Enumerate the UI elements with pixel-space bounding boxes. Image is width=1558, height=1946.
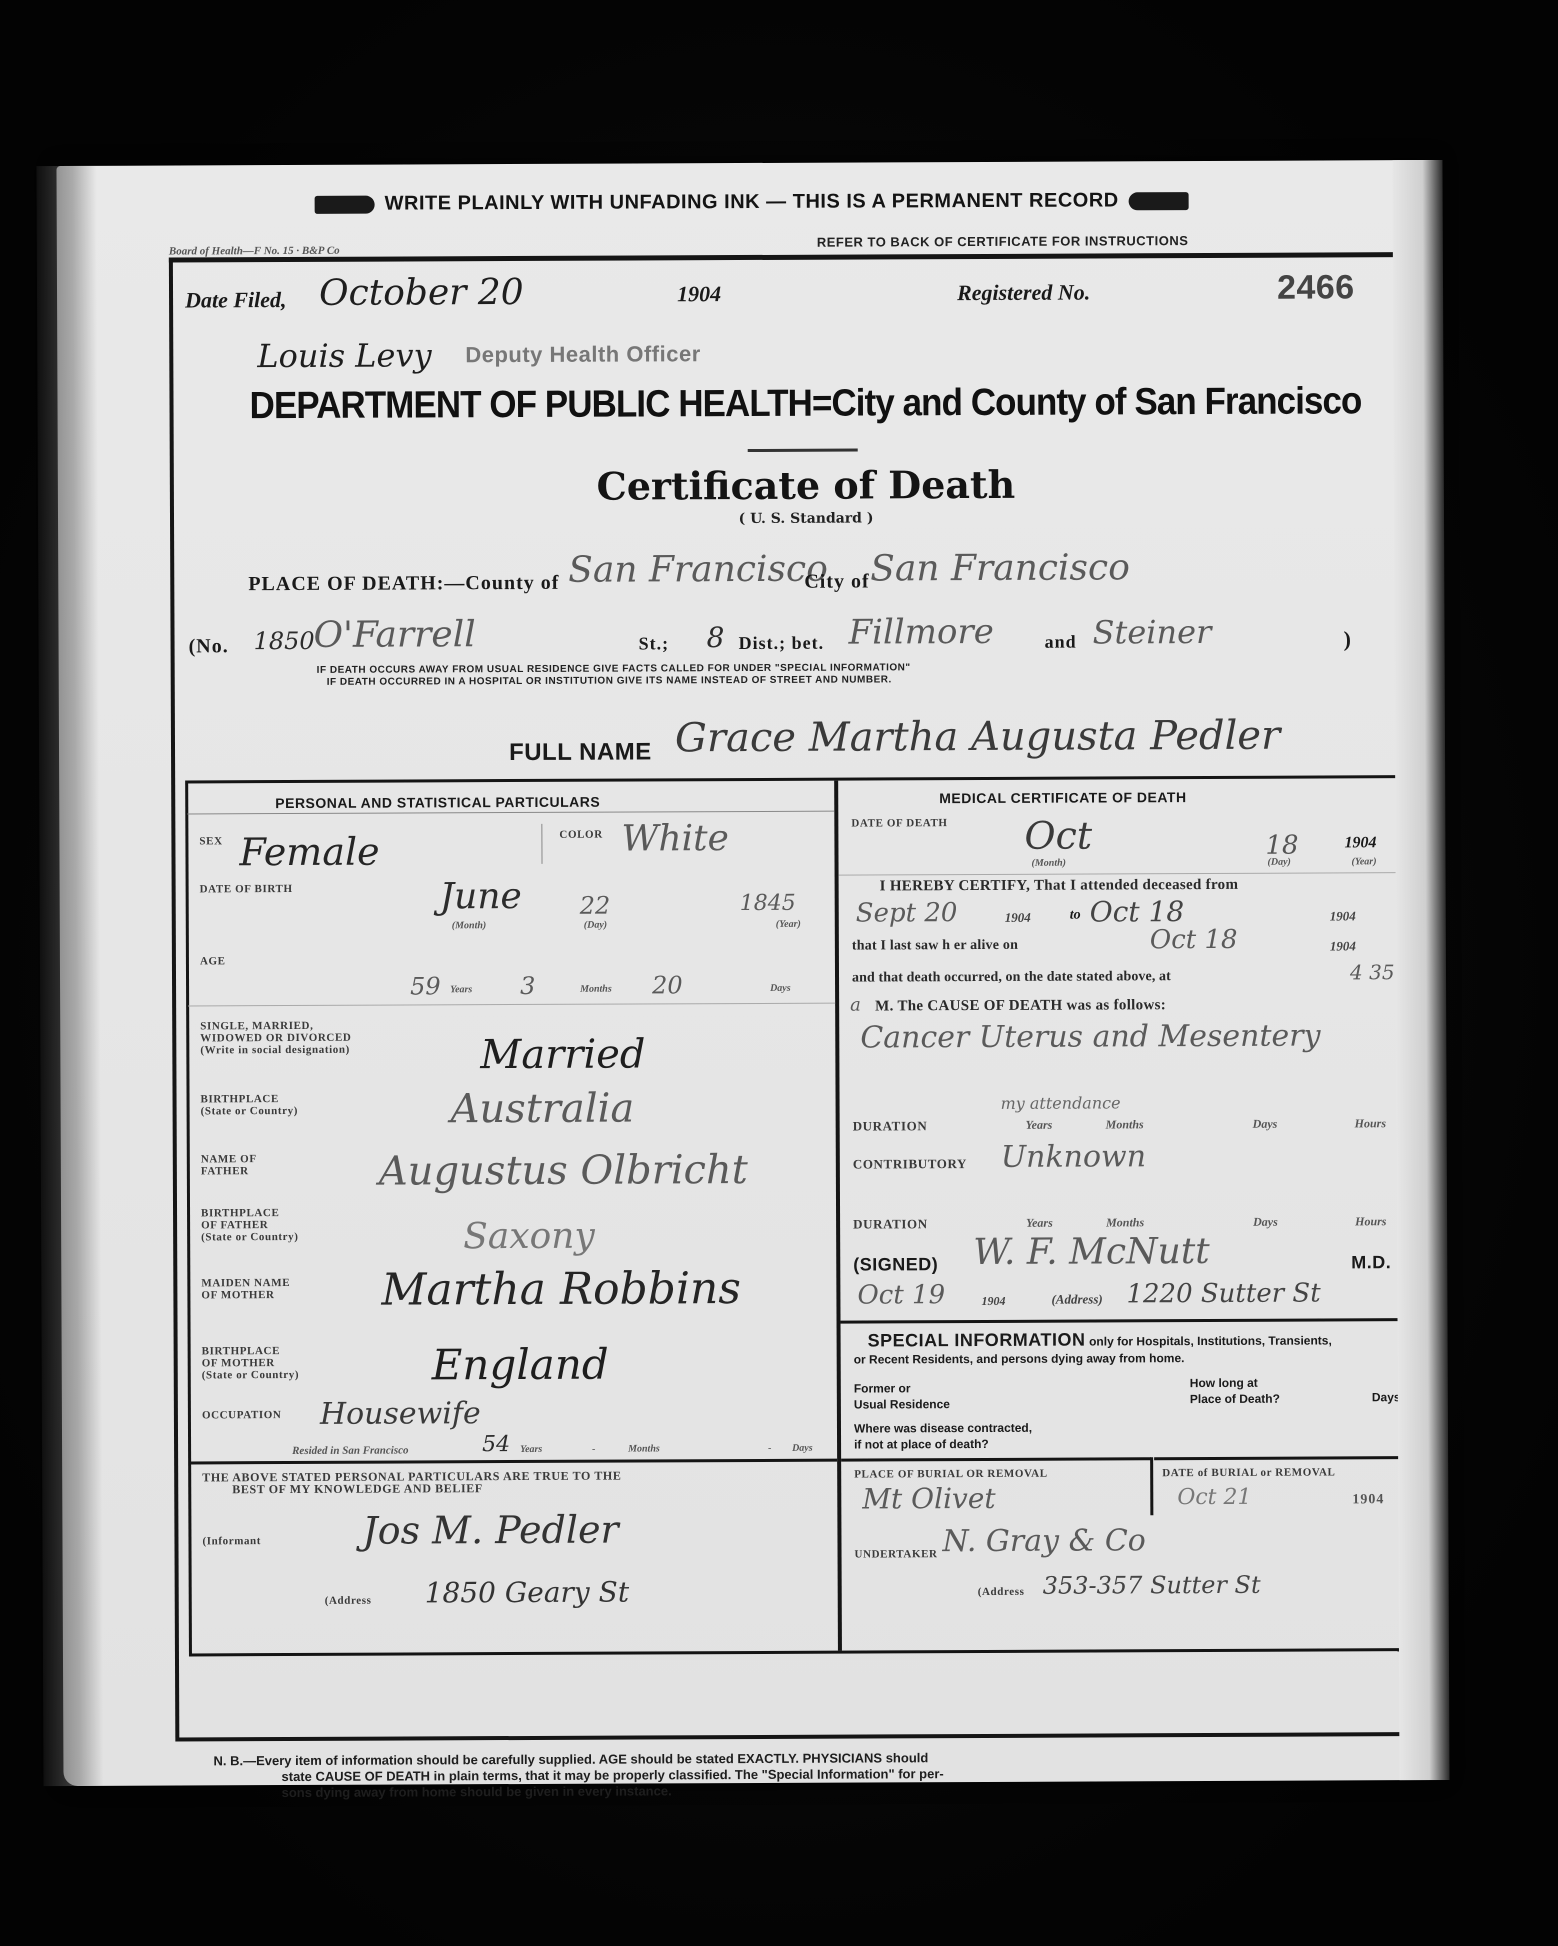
full-name-label: FULL NAME <box>509 738 652 767</box>
frame-right <box>1425 252 1435 1732</box>
instructions-note: REFER TO BACK OF CERTIFICATE FOR INSTRUC… <box>817 233 1189 250</box>
dod-rule <box>839 872 1408 875</box>
place-of-death-label: PLACE OF DEATH:—County of <box>248 572 559 596</box>
disease-contracted-label: Where was disease contracted, if not at … <box>854 1420 1032 1453</box>
form-id: Board of Health—F No. 15 · B&P Co <box>169 245 340 258</box>
dob-year: 1845 <box>740 891 796 916</box>
dod-month: Oct <box>1024 814 1092 858</box>
signed-year: 1904 <box>981 1294 1005 1309</box>
sex-value: Female <box>239 830 379 875</box>
attended-to: Oct 18 <box>1090 895 1185 928</box>
registered-no-label: Registered No. <box>957 280 1090 307</box>
age-rule <box>188 1003 835 1007</box>
city-value: San Francisco <box>870 547 1130 589</box>
contributory-label: CONTRIBUTORY <box>853 1158 967 1170</box>
cause-value: Cancer Uterus and Mesentery <box>860 1019 1320 1056</box>
informant-value: Jos M. Pedler <box>362 1508 618 1553</box>
dist-label: Dist.; bet. <box>739 633 825 654</box>
burial-date-value: Oct 21 <box>1177 1485 1251 1510</box>
date-filed-label: Date Filed, <box>185 287 287 313</box>
informant-divider <box>190 1459 837 1465</box>
dod-day-caption: (Day) <box>1267 857 1290 868</box>
officer-title: Deputy Health Officer <box>465 341 701 368</box>
mother-name-label: MAIDEN NAME OF MOTHER <box>201 1277 290 1301</box>
dob-day-caption: (Day) <box>584 920 607 931</box>
occurred-text: and that death occurred, on the date sta… <box>852 969 1171 986</box>
street-name: O'Farrell <box>313 614 475 656</box>
and-label: and <box>1045 632 1077 653</box>
residence-note: IF DEATH OCCURS AWAY FROM USUAL RESIDENC… <box>317 662 911 689</box>
undertaker-label: UNDERTAKER <box>855 1548 938 1560</box>
duration-years: Years <box>1026 1118 1053 1133</box>
special-info-divider <box>841 1318 1410 1323</box>
burial-divider-left <box>841 1457 1151 1461</box>
time-of-death: 4 35 <box>1350 960 1395 984</box>
between-street-2: Steiner <box>1092 613 1211 652</box>
dod-year-caption: (Year) <box>1351 856 1376 867</box>
district-value: 8 <box>706 621 724 654</box>
resided-years: 54 <box>482 1432 510 1457</box>
father-name-label: NAME OF FATHER <box>201 1153 257 1177</box>
age-years-caption: Years <box>450 984 472 995</box>
duration2-days: Days <box>1253 1215 1278 1230</box>
dod-label: DATE OF DEATH <box>851 817 947 829</box>
resided-label: Resided in San Francisco <box>292 1444 408 1457</box>
resided-days: - <box>768 1443 771 1454</box>
dob-month-caption: (Month) <box>452 920 487 931</box>
full-name-value: Grace Martha Augusta Pedler <box>675 713 1280 762</box>
how-long-label: How long at Place of Death? <box>1190 1375 1280 1407</box>
md-label: M.D. <box>1351 1252 1391 1273</box>
burial-date-label: DATE of BURIAL or REMOVAL <box>1162 1466 1335 1479</box>
duration-months: Months <box>1106 1117 1144 1132</box>
undertaker-address-value: 353-357 Sutter St <box>1043 1571 1261 1600</box>
certificate-title: Certificate of Death <box>186 460 1426 510</box>
informant-statement: THE ABOVE STATED PERSONAL PARTICULARS AR… <box>202 1470 621 1496</box>
duration-hours: Hours <box>1355 1116 1386 1131</box>
birthplace-value: Australia <box>450 1086 634 1133</box>
marital-label: SINGLE, MARRIED, WIDOWED OR DIVORCED (Wr… <box>200 1020 351 1057</box>
undertaker-address-label: (Address <box>978 1586 1025 1598</box>
burial-date-year: 1904 <box>1352 1492 1384 1508</box>
special-info-heading-note: or Recent Residents, and persons dying a… <box>854 1351 1185 1366</box>
duration2-label: DURATION <box>853 1218 928 1230</box>
mother-birthplace-label: BIRTHPLACE OF MOTHER (State or Country) <box>202 1345 300 1381</box>
footnote: N. B.—Every item of information should b… <box>213 1750 943 1801</box>
attended-from: Sept 20 <box>856 898 958 928</box>
st-label: St.; <box>639 633 670 654</box>
age-days: 20 <box>652 971 683 999</box>
physician-signature: W. F. McNutt <box>973 1231 1210 1273</box>
personal-heading: PERSONAL AND STATISTICAL PARTICULARS <box>275 794 600 811</box>
street-number: 1850 <box>253 627 314 655</box>
duration-days: Days <box>1253 1117 1278 1132</box>
county-value: San Francisco <box>568 549 828 591</box>
filing-year: 1904 <box>677 281 721 307</box>
medical-heading: MEDICAL CERTIFICATE OF DEATH <box>939 789 1186 806</box>
last-saw-year: 1904 <box>1330 938 1356 954</box>
cause-text: M. The CAUSE OF DEATH was as follows: <box>875 997 1166 1015</box>
mother-name-value: Martha Robbins <box>381 1263 741 1316</box>
certify-text: I HEREBY CERTIFY, That I attended deceas… <box>880 877 1239 896</box>
resided-days-caption: Days <box>792 1443 813 1454</box>
marital-value: Married <box>480 1031 645 1078</box>
duration-note: my attendance <box>1001 1093 1121 1113</box>
date-filed-value: October 20 <box>319 272 524 314</box>
resided-months: - <box>592 1444 595 1455</box>
color-label: COLOR <box>559 829 602 841</box>
father-birthplace-value: Saxony <box>463 1216 595 1258</box>
registered-no-value: 2466 <box>1277 268 1355 307</box>
officer-signature: Louis Levy <box>257 336 431 375</box>
color-value: White <box>621 818 729 859</box>
last-saw-label: that I last saw h er alive on <box>852 938 1018 955</box>
dob-month: June <box>440 876 522 917</box>
burial-place-label: PLACE OF BURIAL OR REMOVAL <box>854 1468 1048 1481</box>
father-birthplace-label: BIRTHPLACE OF FATHER (State or Country) <box>201 1207 299 1243</box>
attended-to-year: 1904 <box>1330 908 1356 924</box>
burial-column-divider <box>1150 1457 1153 1515</box>
contributory-value: Unknown <box>1001 1139 1146 1175</box>
occupation-label: OCCUPATION <box>202 1409 282 1421</box>
center-divider <box>834 781 842 1651</box>
burial-divider-right <box>1154 1456 1410 1460</box>
right-column-frame-right <box>1407 778 1414 1648</box>
former-residence-label: Former or Usual Residence <box>854 1380 950 1412</box>
department-heading: DEPARTMENT OF PUBLIC HEALTH=City and Cou… <box>235 380 1376 428</box>
street-no-label: (No. <box>189 635 229 658</box>
signed-label: (SIGNED) <box>853 1254 938 1275</box>
section-divider <box>185 775 1409 783</box>
death-certificate: WRITE PLAINLY WITH UNFADING INK — THIS I… <box>56 160 1443 1786</box>
birthplace-label: BIRTHPLACE (State or Country) <box>201 1093 298 1117</box>
dob-label: DATE OF BIRTH <box>200 883 293 895</box>
father-name-value: Augustus Olbricht <box>379 1147 748 1195</box>
burial-place-value: Mt Olivet <box>862 1482 995 1516</box>
last-saw-value: Oct 18 <box>1150 925 1238 955</box>
duration2-hours: Hours <box>1355 1214 1386 1229</box>
left-column-frame-left <box>185 783 192 1653</box>
bottom-frame <box>189 1648 1415 1656</box>
to-label: to <box>1070 908 1081 924</box>
signed-date: Oct 19 <box>857 1280 945 1310</box>
duration2-years: Years <box>1026 1216 1053 1231</box>
physician-address-label: (Address) <box>1051 1291 1102 1307</box>
pointing-hand-icon <box>1129 192 1189 210</box>
sex-color-divider <box>541 824 542 864</box>
age-months: 3 <box>520 972 535 1000</box>
mother-birthplace-value: England <box>432 1340 609 1390</box>
informant-address-value: 1850 Geary St <box>425 1576 629 1610</box>
standard-subtitle: ( U. S. Standard ) <box>186 508 1426 529</box>
frame-left <box>169 258 179 1738</box>
physician-address-value: 1220 Sutter St <box>1126 1279 1320 1310</box>
pointing-hand-icon <box>315 195 375 213</box>
heading-divider <box>748 449 858 452</box>
resided-months-caption: Months <box>628 1443 660 1454</box>
how-long-days-label: Days <box>1372 1390 1401 1404</box>
special-info-heading: SPECIAL INFORMATION only for Hospitals, … <box>868 1328 1332 1351</box>
city-label: City of <box>804 570 869 593</box>
between-street-1: Fillmore <box>848 612 993 653</box>
dob-day: 22 <box>580 892 611 920</box>
closing-paren: ) <box>1343 626 1351 652</box>
dob-year-caption: (Year) <box>776 919 801 930</box>
duration2-months: Months <box>1106 1215 1144 1230</box>
age-months-caption: Months <box>580 984 612 995</box>
occupation-value: Housewife <box>320 1396 481 1432</box>
resided-years-caption: Years <box>520 1444 542 1455</box>
dod-year: 1904 <box>1344 834 1376 852</box>
attended-from-year: 1904 <box>1005 910 1031 926</box>
informant-label: (Informant <box>202 1535 261 1547</box>
personal-heading-rule <box>187 811 834 815</box>
dod-month-caption: (Month) <box>1031 858 1066 869</box>
ampm-value: a <box>850 995 861 1016</box>
informant-address-label: (Address <box>325 1595 372 1607</box>
frame-top <box>169 252 1429 262</box>
permanent-record-banner: WRITE PLAINLY WITH UNFADING INK — THIS I… <box>222 189 1282 217</box>
undertaker-value: N. Gray & Co <box>942 1523 1145 1559</box>
age-years: 59 <box>410 972 441 1000</box>
duration-label: DURATION <box>853 1120 928 1132</box>
sex-label: SEX <box>199 835 222 847</box>
footnote-rule <box>175 1732 1435 1741</box>
age-label: AGE <box>200 955 226 967</box>
age-days-caption: Days <box>770 983 791 994</box>
